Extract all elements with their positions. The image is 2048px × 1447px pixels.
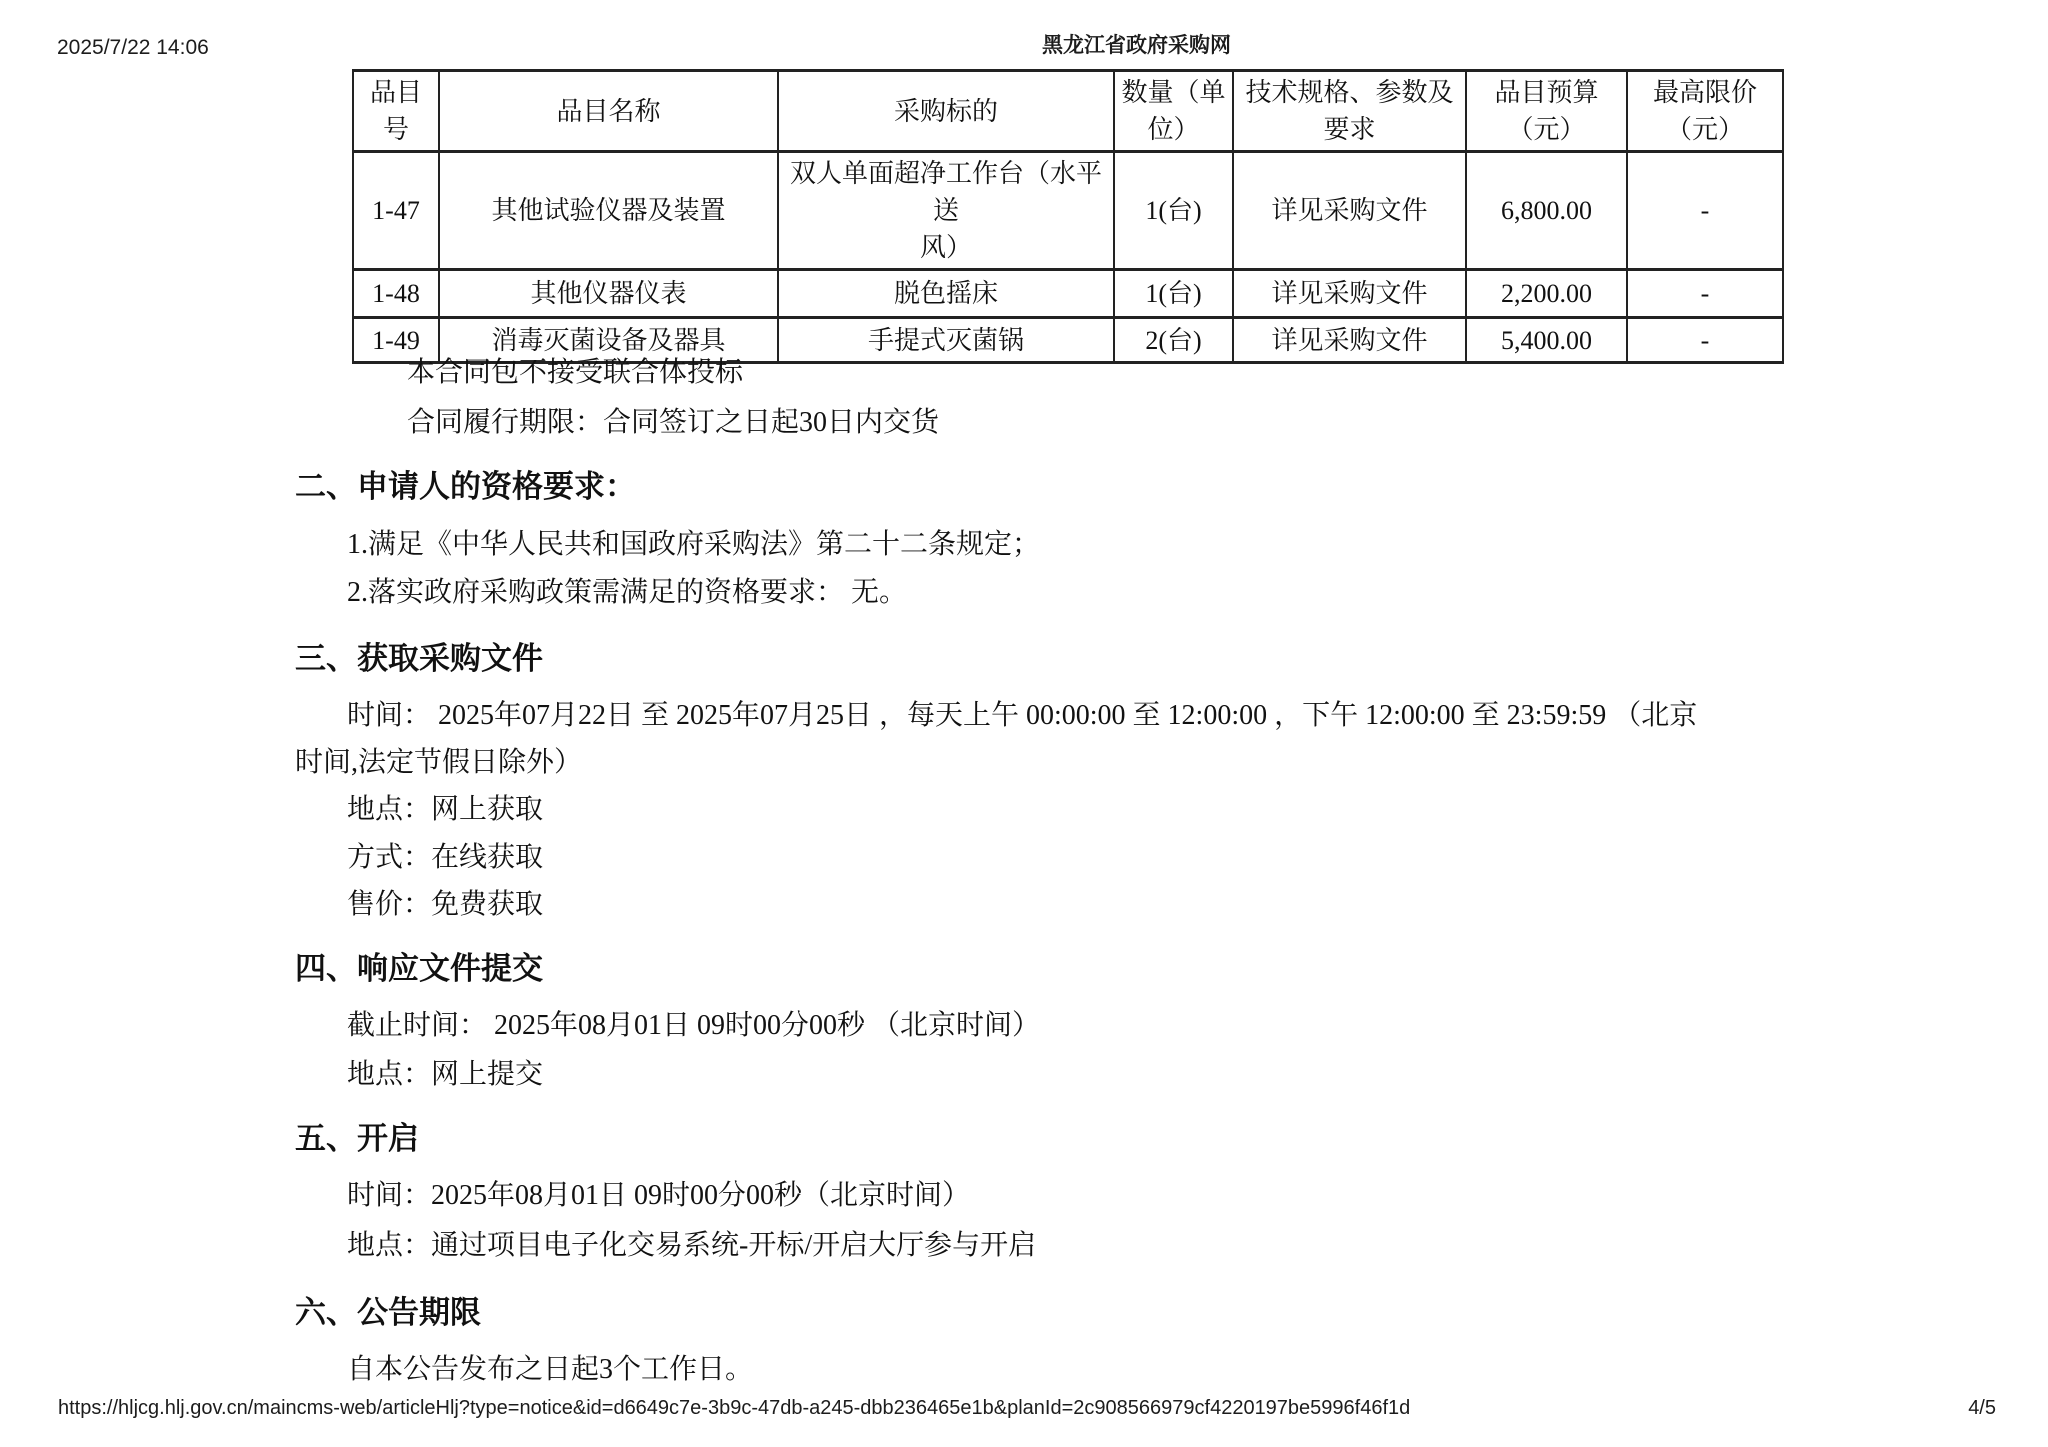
obtain-time-line2: 时间,法定节假日除外） — [295, 745, 582, 781]
cell-item-name: 其他试验仪器及装置 — [439, 152, 778, 270]
cell-procurement-target: 脱色摇床 — [778, 270, 1114, 318]
cell-budget: 6,800.00 — [1466, 152, 1627, 270]
submission-place: 地点：网上提交 — [347, 1057, 543, 1093]
section-heading-announcement-period: 六、公告期限 — [295, 1294, 481, 1332]
cell-procurement-target: 双人单面超净工作台（水平送 风） — [778, 152, 1114, 270]
note-no-consortium: 本合同包不接受联合体投标 — [407, 355, 743, 391]
cell-price-limit: - — [1627, 152, 1783, 270]
col-header-procurement-target: 采购标的 — [778, 71, 1114, 152]
cell-procurement-target: 手提式灭菌锅 — [778, 318, 1114, 363]
submission-deadline: 截止时间： 2025年08月01日 09时00分00秒 （北京时间） — [347, 1008, 1040, 1044]
col-header-item-name: 品目名称 — [439, 71, 778, 152]
section-heading-qualifications: 二、申请人的资格要求： — [295, 468, 636, 506]
table-header-row: 品目号 品目名称 采购标的 数量（单 位） 技术规格、参数及 要求 品目预算 （… — [353, 71, 1783, 152]
print-page: { "header": { "print_date": "2025/7/22 1… — [0, 0, 2048, 1447]
obtain-place: 地点：网上获取 — [347, 792, 543, 828]
cell-price-limit: - — [1627, 318, 1783, 363]
cell-item-no: 1-48 — [353, 270, 439, 318]
obtain-time-line1: 时间： 2025年07月22日 至 2025年07月25日 ，每天上午 00:0… — [347, 698, 1697, 734]
col-header-item-no: 品目号 — [353, 71, 439, 152]
section-heading-response-submission: 四、响应文件提交 — [295, 950, 543, 988]
col-header-budget: 品目预算 （元） — [1466, 71, 1627, 152]
cell-item-no: 1-47 — [353, 152, 439, 270]
cell-price-limit: - — [1627, 270, 1783, 318]
table-row: 1-47 其他试验仪器及装置 双人单面超净工作台（水平送 风） 1(台) 详见采… — [353, 152, 1783, 270]
cell-specs: 详见采购文件 — [1233, 152, 1466, 270]
page-number: 4/5 — [1968, 1396, 1996, 1420]
section-heading-opening: 五、开启 — [295, 1120, 419, 1158]
col-header-price-limit: 最高限价 （元） — [1627, 71, 1783, 152]
cell-quantity: 1(台) — [1114, 152, 1233, 270]
opening-time: 时间：2025年08月01日 09时00分00秒（北京时间） — [347, 1178, 970, 1214]
col-header-specs: 技术规格、参数及 要求 — [1233, 71, 1466, 152]
document-body: 品目号 品目名称 采购标的 数量（单 位） 技术规格、参数及 要求 品目预算 （… — [295, 0, 1795, 1447]
section-heading-obtain-documents: 三、获取采购文件 — [295, 640, 543, 678]
obtain-method: 方式：在线获取 — [347, 840, 543, 876]
cell-budget: 2,200.00 — [1466, 270, 1627, 318]
print-date: 2025/7/22 14:06 — [57, 36, 209, 60]
procurement-items-table: 品目号 品目名称 采购标的 数量（单 位） 技术规格、参数及 要求 品目预算 （… — [352, 69, 1784, 364]
cell-quantity: 1(台) — [1114, 270, 1233, 318]
cell-budget: 5,400.00 — [1466, 318, 1627, 363]
table-row: 1-48 其他仪器仪表 脱色摇床 1(台) 详见采购文件 2,200.00 - — [353, 270, 1783, 318]
qualification-item-2: 2.落实政府采购政策需满足的资格要求： 无。 — [347, 575, 907, 611]
note-contract-term: 合同履行期限：合同签订之日起30日内交货 — [407, 405, 939, 441]
cell-item-name: 其他仪器仪表 — [439, 270, 778, 318]
cell-quantity: 2(台) — [1114, 318, 1233, 363]
obtain-price: 售价：免费获取 — [347, 887, 543, 923]
cell-specs: 详见采购文件 — [1233, 270, 1466, 318]
announcement-period-text: 自本公告发布之日起3个工作日。 — [347, 1352, 753, 1388]
qualification-item-1: 1.满足《中华人民共和国政府采购法》第二十二条规定； — [347, 527, 1040, 563]
opening-place: 地点：通过项目电子化交易系统-开标/开启大厅参与开启 — [347, 1228, 1036, 1264]
cell-specs: 详见采购文件 — [1233, 318, 1466, 363]
col-header-quantity: 数量（单 位） — [1114, 71, 1233, 152]
